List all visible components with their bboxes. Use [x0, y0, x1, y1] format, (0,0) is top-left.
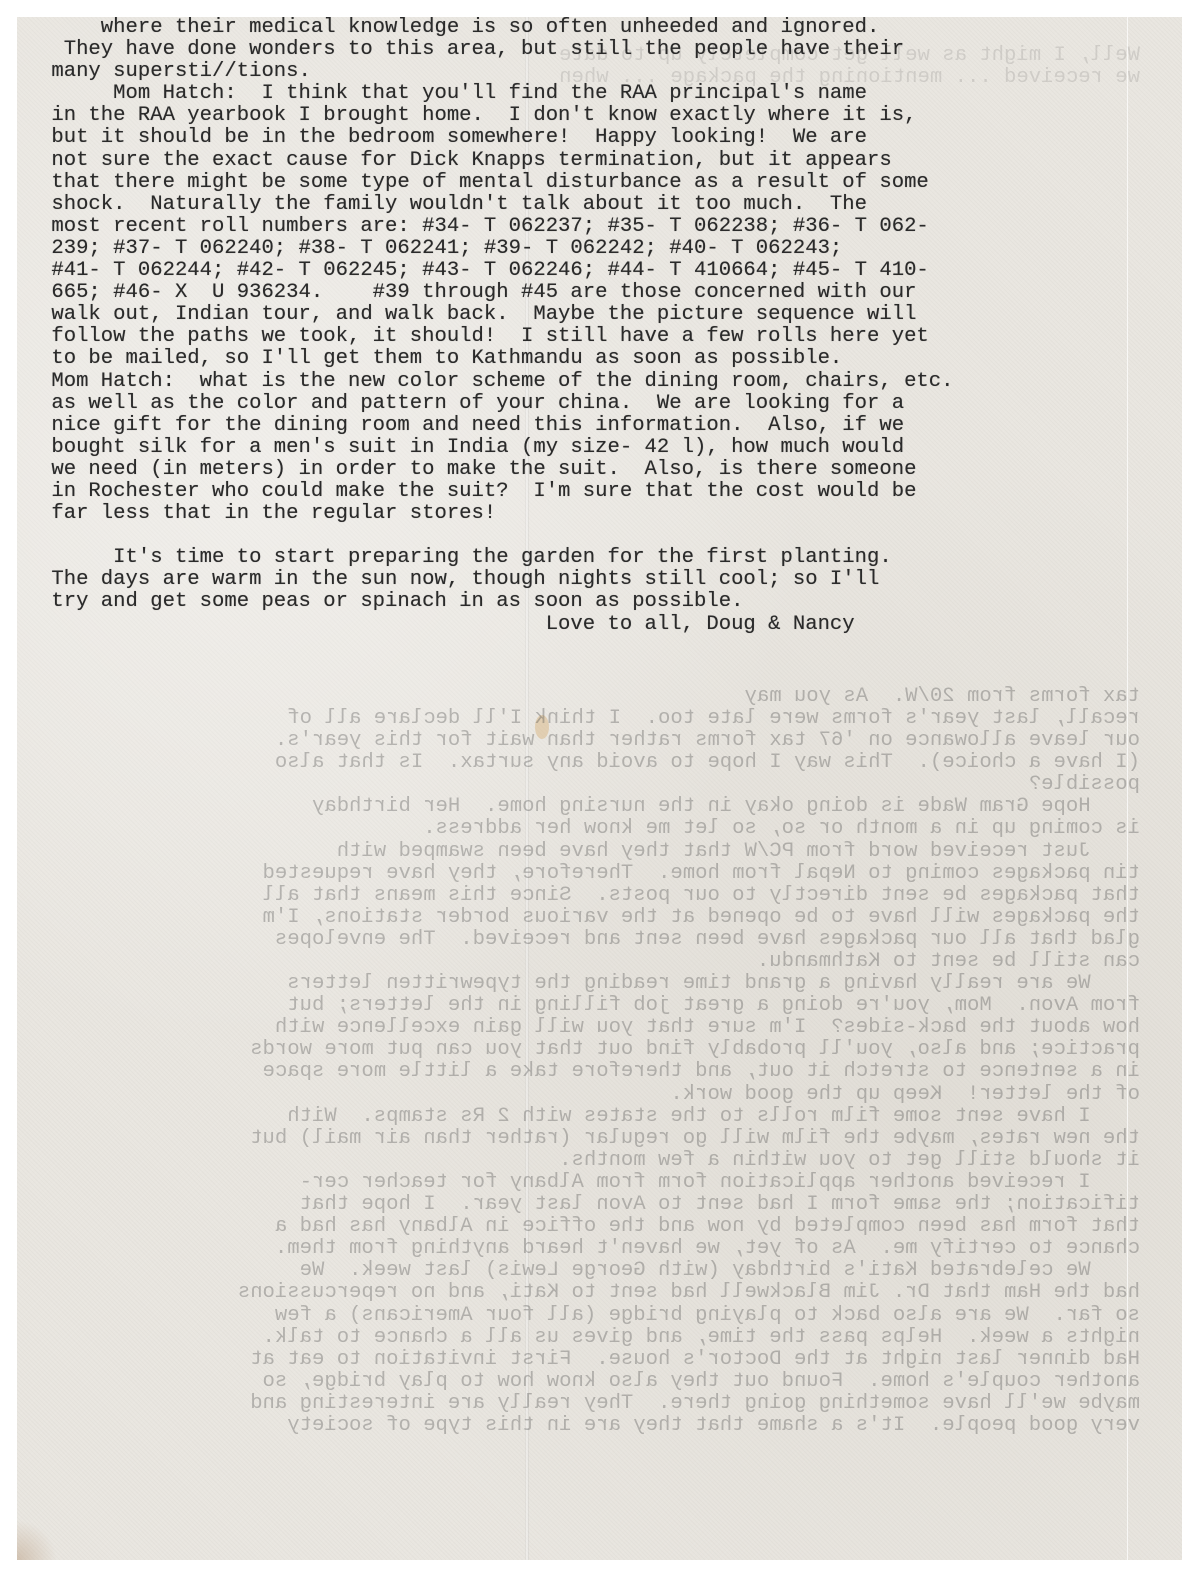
- bleedthrough-line: so far. We are also back to playing brid…: [17, 1305, 1182, 1327]
- letter-line: [39, 525, 1169, 547]
- bleedthrough-line: Hope Gram Wade is doing okay in the nurs…: [17, 796, 1182, 818]
- letter-line: bought silk for a men's suit in India (m…: [39, 437, 1169, 459]
- bleedthrough-line: can still be sent to Kathmandu.: [17, 951, 1182, 973]
- bleedthrough-line: maybe we'll have something going there. …: [17, 1393, 1182, 1415]
- bleedthrough-line: that packages be sent directly to our po…: [17, 885, 1182, 907]
- letter-line: in the RAA yearbook I brought home. I do…: [39, 105, 1169, 127]
- bleedthrough-line: Had dinner last night at the Doctor's ho…: [17, 1349, 1182, 1371]
- bleedthrough-line: tin packages coming to Nepal from home. …: [17, 863, 1182, 885]
- bleedthrough-line: glad that all our packages have been sen…: [17, 929, 1182, 951]
- typed-letter-body: where their medical knowledge is so ofte…: [39, 17, 1169, 636]
- letter-line: shock. Naturally the family wouldn't tal…: [39, 194, 1169, 216]
- letter-line: nice gift for the dining room and need t…: [39, 415, 1169, 437]
- bleedthrough-line: practice; and also, you'll probably find…: [17, 1039, 1182, 1061]
- letter-line: 239; #37- T 062240; #38- T 062241; #39- …: [39, 238, 1169, 260]
- bleedthrough-line: the packages will have to be opened at t…: [17, 907, 1182, 929]
- letter-page: Well, I might as well get completely up …: [17, 17, 1182, 1560]
- bleedthrough-line: another couple's home. Found out they al…: [17, 1371, 1182, 1393]
- bleedthrough-line: Just received word from PC/W that they h…: [17, 841, 1182, 863]
- letter-line: that there might be some type of mental …: [39, 172, 1169, 194]
- bleedthrough-line: that form has been completed by now and …: [17, 1216, 1182, 1238]
- letter-line: we need (in meters) in order to make the…: [39, 459, 1169, 481]
- letter-line: #41- T 062244; #42- T 062245; #43- T 062…: [39, 260, 1169, 282]
- letter-line: 665; #46- X U 936234. #39 through #45 ar…: [39, 282, 1169, 304]
- letter-line: in Rochester who could make the suit? I'…: [39, 481, 1169, 503]
- bleedthrough-line: chance to certify me. As of yet, we have…: [17, 1238, 1182, 1260]
- letter-line: many supersti//tions.: [39, 61, 1169, 83]
- letter-line: Mom Hatch: what is the new color scheme …: [39, 371, 1169, 393]
- bleedthrough-line: is coming up in a month or so, so let me…: [17, 818, 1182, 840]
- bleedthrough-line: tax forms from 20/W. As you may: [17, 686, 1182, 708]
- letter-line: Mom Hatch: I think that you'll find the …: [39, 83, 1169, 105]
- bleedthrough-line: We are really having a grand time readin…: [17, 973, 1182, 995]
- letter-line: walk out, Indian tour, and walk back. Ma…: [39, 304, 1169, 326]
- letter-line: to be mailed, so I'll get them to Kathma…: [39, 348, 1169, 370]
- bleedthrough-line: We celebrated Kati's birthday (with Geor…: [17, 1260, 1182, 1282]
- letter-line: try and get some peas or spinach in as s…: [39, 591, 1169, 613]
- letter-line: where their medical knowledge is so ofte…: [39, 17, 1169, 39]
- bleedthrough-line: it should still get to you within a few …: [17, 1150, 1182, 1172]
- bleedthrough-line: how about the back-sides? I'm sure that …: [17, 1017, 1182, 1039]
- letter-line: far less that in the regular stores!: [39, 503, 1169, 525]
- letter-line: The days are warm in the sun now, though…: [39, 569, 1169, 591]
- bleedthrough-line: in a sentence to stretch it out, and the…: [17, 1061, 1182, 1083]
- letter-line: but it should be in the bedroom somewher…: [39, 127, 1169, 149]
- bleedthrough-line: our leave allowance on '67 tax forms rat…: [17, 730, 1182, 752]
- letter-line: not sure the exact cause for Dick Knapps…: [39, 150, 1169, 172]
- bleedthrough-line: possible?: [17, 774, 1182, 796]
- bleedthrough-line: recall, last year's forms were late too.…: [17, 708, 1182, 730]
- bleedthrough-line: the new rates, maybe the film will go re…: [17, 1128, 1182, 1150]
- bleedthrough-line: from Avon. Mom, you're doing a great job…: [17, 995, 1182, 1017]
- letter-line: It's time to start preparing the garden …: [39, 547, 1169, 569]
- corner-stain: [17, 1520, 57, 1560]
- letter-line: They have done wonders to this area, but…: [39, 39, 1169, 61]
- bleedthrough-line: tification; the same form I had sent to …: [17, 1194, 1182, 1216]
- letter-line: as well as the color and pattern of your…: [39, 393, 1169, 415]
- bleedthrough-line: of the letter! Keep up the good work.: [17, 1084, 1182, 1106]
- bleedthrough-line: very good people. It's a shame that they…: [17, 1415, 1182, 1437]
- bleedthrough-line: (I have a choice). This way I hope to av…: [17, 752, 1182, 774]
- letter-line: follow the paths we took, it should! I s…: [39, 326, 1169, 348]
- bleedthrough-line: had the Ham that Dr. Jim Blackwell had s…: [17, 1282, 1182, 1304]
- letter-line: most recent roll numbers are: #34- T 062…: [39, 216, 1169, 238]
- letter-line: Love to all, Doug & Nancy: [39, 614, 1169, 636]
- bleedthrough-line: nights a week. Helps pass the time, and …: [17, 1327, 1182, 1349]
- bleedthrough-line: I received another application form from…: [17, 1172, 1182, 1194]
- bleedthrough-line: I have sent some film rolls to the state…: [17, 1106, 1182, 1128]
